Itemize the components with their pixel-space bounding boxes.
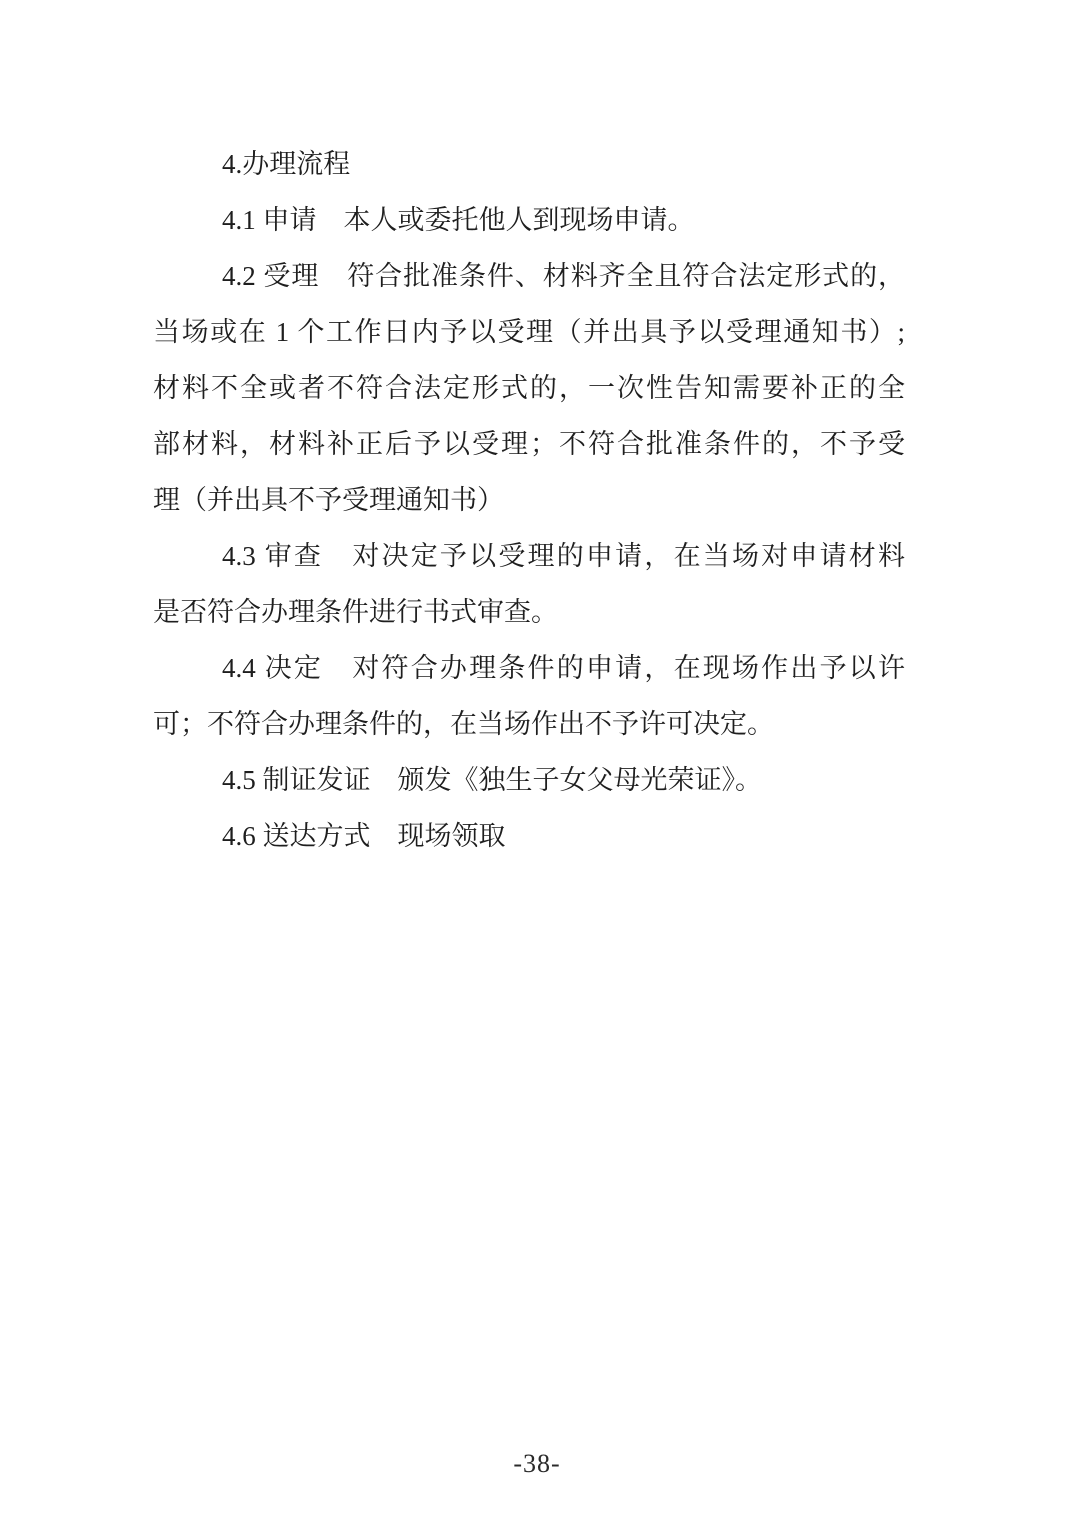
text-line: 可；不符合办理条件的，在当场作出不予许可决定。	[153, 696, 905, 752]
paragraph-4-4: 4.4 决定 对符合办理条件的申请，在现场作出予以许 可；不符合办理条件的，在当…	[153, 640, 905, 752]
text-line: 4.3 审查 对决定予以受理的申请，在当场对申请材料	[153, 528, 905, 584]
text-line: 理（并出具不予受理通知书）	[153, 472, 905, 528]
page-number: -38-	[0, 1448, 1074, 1480]
text-line: 4.办理流程	[153, 136, 905, 192]
text-line: 4.2 受理 符合批准条件、材料齐全且符合法定形式的，	[153, 248, 905, 304]
document-page: 4.办理流程 4.1 申请 本人或委托他人到现场申请。 4.2 受理 符合批准条…	[0, 0, 1074, 1520]
text-line: 当场或在 1 个工作日内予以受理（并出具予以受理通知书）;	[153, 304, 905, 360]
section-heading-4: 4.办理流程	[153, 136, 905, 192]
text-line: 部材料，材料补正后予以受理；不符合批准条件的，不予受	[153, 416, 905, 472]
paragraph-4-2: 4.2 受理 符合批准条件、材料齐全且符合法定形式的， 当场或在 1 个工作日内…	[153, 248, 905, 528]
paragraph-4-3: 4.3 审查 对决定予以受理的申请，在当场对申请材料 是否符合办理条件进行书式审…	[153, 528, 905, 640]
paragraph-4-5: 4.5 制证发证 颁发《独生子女父母光荣证》。	[153, 752, 905, 808]
text-line: 4.5 制证发证 颁发《独生子女父母光荣证》。	[153, 752, 905, 808]
paragraph-4-6: 4.6 送达方式 现场领取	[153, 808, 905, 864]
text-line: 4.1 申请 本人或委托他人到现场申请。	[153, 192, 905, 248]
text-line: 材料不全或者不符合法定形式的，一次性告知需要补正的全	[153, 360, 905, 416]
paragraph-4-1: 4.1 申请 本人或委托他人到现场申请。	[153, 192, 905, 248]
text-line: 是否符合办理条件进行书式审查。	[153, 584, 905, 640]
document-body: 4.办理流程 4.1 申请 本人或委托他人到现场申请。 4.2 受理 符合批准条…	[153, 136, 905, 864]
text-line: 4.6 送达方式 现场领取	[153, 808, 905, 864]
text-line: 4.4 决定 对符合办理条件的申请，在现场作出予以许	[153, 640, 905, 696]
